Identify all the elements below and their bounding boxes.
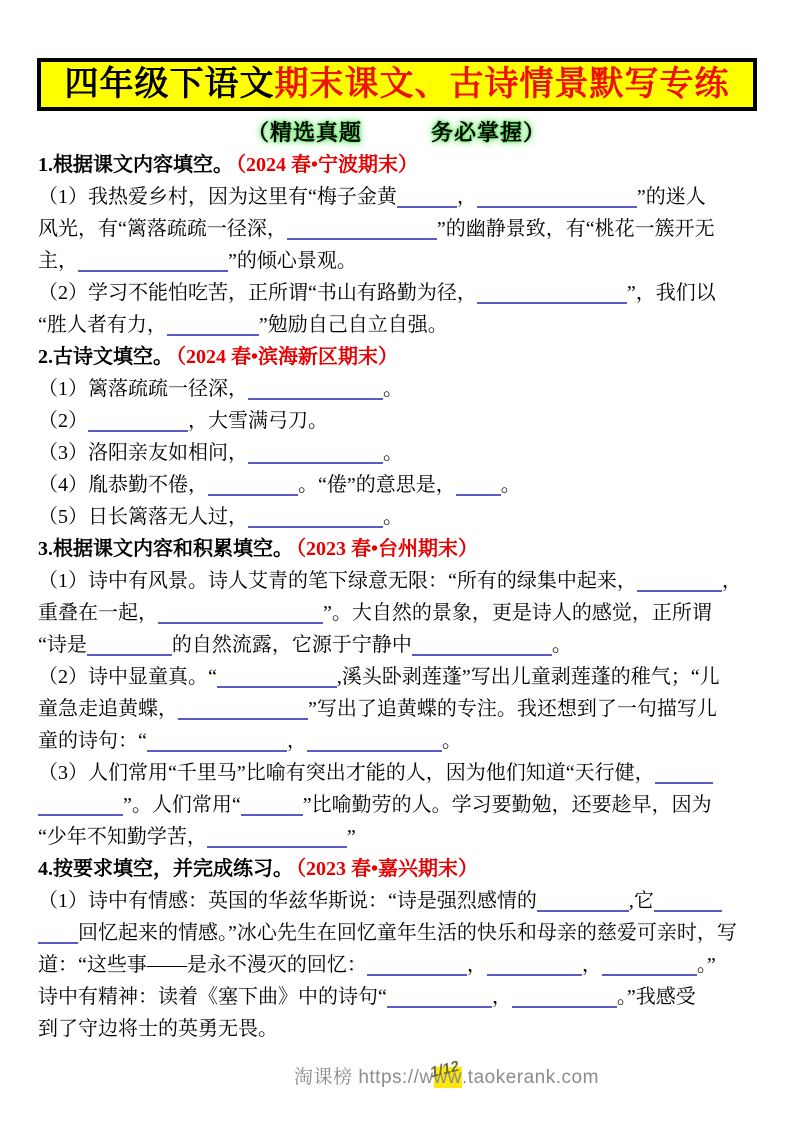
fill-blank — [248, 393, 383, 400]
text-line: 到了守边将士的英勇无畏。 — [38, 1013, 760, 1045]
text-line: （1）诗中有情感：英国的华兹华斯说：“诗是强烈感情的,它 — [38, 885, 760, 917]
fill-blank — [241, 809, 303, 816]
text-line: “诗是的自然流露，它源于宁静中。 — [38, 629, 760, 661]
line-text: 。 — [552, 634, 572, 656]
fill-blank — [412, 649, 552, 656]
fill-blank — [78, 265, 228, 272]
line-text: 。“倦”的意思是， — [298, 474, 456, 496]
text-line: 重叠在一起，”。大自然的景象，更是诗人的感觉，正所谓 — [38, 597, 760, 629]
fill-blank — [87, 649, 172, 656]
fill-blank — [397, 201, 457, 208]
line-text: 到了守边将士的英勇无畏。 — [38, 1018, 278, 1040]
fill-blank — [287, 233, 437, 240]
text-line: ”。人们常用“”比喻勤劳的人。学习要勤勉，还要趁早，因为 — [38, 789, 760, 821]
fill-blank — [367, 969, 467, 976]
questions: 1.根据课文内容填空。（2024 春•宁波期末）（1）我热爱乡村，因为这里有“梅… — [38, 149, 760, 1045]
title-grade: 四年级下语文 — [65, 65, 275, 103]
fill-blank — [38, 937, 78, 944]
line-text: （1）诗中有情感：英国的华兹华斯说：“诗是强烈感情的 — [38, 890, 537, 912]
line-text: “诗是 — [38, 634, 87, 656]
line-text: 。 — [501, 474, 521, 496]
text-line: （2）学习不能怕吃苦，正所谓“书山有路勤为径，”，我们以 — [38, 277, 760, 309]
line-text: 风光，有“篱落疏疏一径深， — [38, 218, 287, 240]
fill-blank — [512, 1001, 617, 1008]
question-source: （2023 春•嘉兴期末） — [296, 858, 478, 880]
line-text: （2）学习不能怕吃苦，正所谓“书山有路勤为径， — [38, 282, 477, 304]
fill-blank — [217, 681, 337, 688]
line-text: ”比喻勤劳的人。学习要勤勉，还要趁早，因为 — [303, 794, 712, 816]
fill-blank — [456, 489, 501, 496]
line-text: “少年不知勤学苦， — [38, 826, 207, 848]
text-line: 回忆起来的情感。”冰心先生在回忆童年生活的快乐和母亲的慈爱可亲时，写 — [38, 917, 760, 949]
fill-blank — [178, 713, 308, 720]
line-text: ”的倾心景观。 — [228, 250, 357, 272]
line-text: ， — [287, 730, 307, 752]
fill-blank — [387, 1001, 492, 1008]
question-heading: 3.根据课文内容和积累填空。（2023 春•台州期末） — [38, 533, 760, 565]
fill-blank — [147, 745, 287, 752]
line-text: （1）篱落疏疏一径深， — [38, 378, 248, 400]
fill-blank — [207, 841, 347, 848]
line-text: 的自然流露，它源于宁静中 — [172, 634, 412, 656]
fill-blank — [537, 905, 629, 912]
line-text: ”勉励自己自立自强。 — [259, 314, 448, 336]
fill-blank — [487, 969, 582, 976]
line-text: ,溪头卧剥莲蓬”写出儿童剥莲蓬的稚气；“儿 — [337, 666, 720, 688]
text-line: 主，”的倾心景观。 — [38, 245, 760, 277]
fill-blank — [602, 969, 697, 976]
line-text: 。 — [442, 730, 462, 752]
question-heading-text: 3.根据课文内容和积累填空。 — [38, 538, 293, 560]
line-text: 。”我感受 — [617, 986, 696, 1008]
title-topic: 期末课文、古诗情景默写专练 — [275, 65, 730, 103]
line-text: ， — [457, 186, 477, 208]
line-text: ”的迷人 — [637, 186, 706, 208]
text-line: （1）我热爱乡村，因为这里有“梅子金黄，”的迷人 — [38, 181, 760, 213]
text-line: （4）胤恭勤不倦，。“倦”的意思是，。 — [38, 469, 760, 501]
fill-blank — [208, 489, 298, 496]
title-banner: 四年级下语文期末课文、古诗情景默写专练 — [37, 58, 757, 111]
line-text: ”写出了追黄蝶的专注。我还想到了一句描写儿 — [308, 698, 717, 720]
line-text: ， — [492, 986, 512, 1008]
line-text: ”，我们以 — [627, 282, 716, 304]
line-text: ”。人们常用“ — [123, 794, 241, 816]
fill-blank — [167, 329, 259, 336]
text-line: （2），大雪满弓刀。 — [38, 405, 760, 437]
line-text: 童急走追黄蝶， — [38, 698, 178, 720]
line-text: （2）诗中显童真。“ — [38, 666, 217, 688]
line-text: （4）胤恭勤不倦， — [38, 474, 208, 496]
line-text: 。 — [383, 442, 403, 464]
fill-blank — [477, 297, 627, 304]
line-text: （3）洛阳亲友如相问， — [38, 442, 248, 464]
text-line: （2）诗中显童真。“,溪头卧剥莲蓬”写出儿童剥莲蓬的稚气；“儿 — [38, 661, 760, 693]
line-text: 回忆起来的情感。”冰心先生在回忆童年生活的快乐和母亲的慈爱可亲时，写 — [78, 922, 737, 944]
text-line: （5）日长篱落无人过，。 — [38, 501, 760, 533]
text-line: “胜人者有力，”勉励自己自立自强。 — [38, 309, 760, 341]
subtitle: （精选真题 务必掌握） — [0, 116, 793, 147]
line-text: 主， — [38, 250, 78, 272]
fill-blank — [654, 905, 722, 912]
fill-blank — [88, 425, 188, 432]
text-line: 风光，有“篱落疏疏一径深，”的幽静景致，有“桃花一簇开无 — [38, 213, 760, 245]
fill-blank — [655, 777, 713, 784]
line-text: ”。大自然的景象，更是诗人的感觉，正所谓 — [323, 602, 712, 624]
line-text: （1）我热爱乡村，因为这里有“梅子金黄 — [38, 186, 397, 208]
line-text: 重叠在一起， — [38, 602, 158, 624]
line-text: （3）人们常用“千里马”比喻有突出才能的人，因为他们知道“天行健， — [38, 762, 655, 784]
fill-blank — [158, 617, 323, 624]
line-text: （1）诗中有风景。诗人艾青的笔下绿意无限：“所有的绿集中起来， — [38, 570, 637, 592]
fill-blank — [38, 809, 123, 816]
line-text: ， — [722, 570, 742, 592]
text-line: （1）篱落疏疏一径深，。 — [38, 373, 760, 405]
line-text: ”的幽静景致，有“桃花一簇开无 — [437, 218, 715, 240]
question-heading: 1.根据课文内容填空。（2024 春•宁波期末） — [38, 149, 760, 181]
footer: 淘课榜 https://www1/12.taokerank.com — [50, 1062, 793, 1089]
line-text: ， — [467, 954, 487, 976]
question-heading-text: 1.根据课文内容填空。 — [38, 154, 233, 176]
text-line: 童急走追黄蝶，”写出了追黄蝶的专注。我还想到了一句描写儿 — [38, 693, 760, 725]
text-line: 童的诗句：“，。 — [38, 725, 760, 757]
line-text: 。” — [697, 954, 716, 976]
question-source: （2024 春•滨海新区期末） — [176, 346, 398, 368]
footer-site-text: 淘课榜 https://w — [294, 1067, 434, 1088]
line-text: （5）日长篱落无人过， — [38, 506, 248, 528]
line-text: “胜人者有力， — [38, 314, 167, 336]
question-source: （2023 春•台州期末） — [296, 538, 478, 560]
fill-blank — [307, 745, 442, 752]
question-heading: 2.古诗文填空。（2024 春•滨海新区期末） — [38, 341, 760, 373]
line-text: ，大雪满弓刀。 — [188, 410, 328, 432]
footer-domain-text: .taokerank.com — [462, 1067, 599, 1088]
fill-blank — [248, 457, 383, 464]
line-text: （2） — [38, 410, 88, 432]
fill-blank — [637, 585, 722, 592]
line-text: ” — [347, 826, 356, 848]
question-heading-text: 2.古诗文填空。 — [38, 346, 173, 368]
text-line: （3）人们常用“千里马”比喻有突出才能的人，因为他们知道“天行健， — [38, 757, 760, 789]
question-heading-text: 4.按要求填空，并完成练习。 — [38, 858, 293, 880]
line-text: 诗中有精神：读着《塞下曲》中的诗句“ — [38, 986, 387, 1008]
fill-blank — [477, 201, 637, 208]
line-text: 。 — [383, 378, 403, 400]
text-line: “少年不知勤学苦，” — [38, 821, 760, 853]
question-source: （2024 春•宁波期末） — [236, 154, 418, 176]
fill-blank — [248, 521, 383, 528]
text-line: 道：“这些事——是永不漫灭的回忆：，，。” — [38, 949, 760, 981]
line-text: ， — [582, 954, 602, 976]
footer-highlight: ww1/12 — [434, 1067, 462, 1089]
line-text: 童的诗句：“ — [38, 730, 147, 752]
line-text: 。 — [383, 506, 403, 528]
line-text: 道：“这些事——是永不漫灭的回忆： — [38, 954, 367, 976]
text-line: （3）洛阳亲友如相问，。 — [38, 437, 760, 469]
text-line: 诗中有精神：读着《塞下曲》中的诗句“，。”我感受 — [38, 981, 760, 1013]
worksheet-page: 四年级下语文期末课文、古诗情景默写专练 （精选真题 务必掌握） 1.根据课文内容… — [0, 0, 793, 1122]
question-heading: 4.按要求填空，并完成练习。（2023 春•嘉兴期末） — [38, 853, 760, 885]
line-text: ,它 — [629, 890, 654, 912]
text-line: （1）诗中有风景。诗人艾青的笔下绿意无限：“所有的绿集中起来，， — [38, 565, 760, 597]
